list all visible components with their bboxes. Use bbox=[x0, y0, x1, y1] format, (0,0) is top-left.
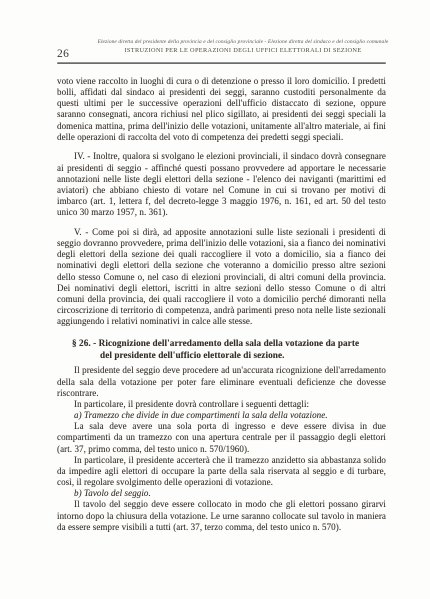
paragraph-iv: IV. - Inoltre, qualora si svolgano le el… bbox=[57, 151, 386, 218]
paragraph-sala: La sala deve avere una sola porta di ing… bbox=[57, 421, 386, 454]
paragraph-intro: Il presidente del seggio deve procedere … bbox=[57, 365, 386, 398]
paragraph-tramezzo: In particolare, il presidente accerterà … bbox=[57, 455, 386, 488]
section-heading-line1: § 26. - Ricognizione dell'arredamento de… bbox=[72, 338, 386, 350]
list-item-a: a) Tramezzo che divide in due compartime… bbox=[57, 410, 386, 421]
paragraph-controllare: In particolare, il presidente dovrà cont… bbox=[57, 399, 386, 410]
page-body: voto viene raccolto in luoghi di cura o … bbox=[57, 76, 386, 533]
section-heading: § 26. - Ricognizione dell'arredamento de… bbox=[57, 338, 386, 361]
section-heading-line2: del presidente dell'ufficio elettorale d… bbox=[100, 350, 386, 362]
paragraph-tavolo: Il tavolo del seggio deve essere colloca… bbox=[57, 499, 386, 532]
running-title-italic: Elezione diretta del presidente della pr… bbox=[95, 39, 391, 45]
running-title-caps: ISTRUZIONI PER LE OPERAZIONI DEGLI UFFIC… bbox=[95, 47, 391, 54]
paragraph-continuation: voto viene raccolto in luoghi di cura o … bbox=[57, 76, 386, 143]
paragraph-v: V. - Come poi si dirà, ad apposite annot… bbox=[57, 227, 386, 327]
header-rule bbox=[57, 62, 386, 64]
running-head: Elezione diretta del presidente della pr… bbox=[95, 39, 391, 54]
scanned-document-page: 26 Elezione diretta del presidente della… bbox=[0, 0, 430, 599]
list-item-b: b) Tavolo del seggio. bbox=[57, 488, 386, 499]
page-number: 26 bbox=[57, 48, 69, 60]
